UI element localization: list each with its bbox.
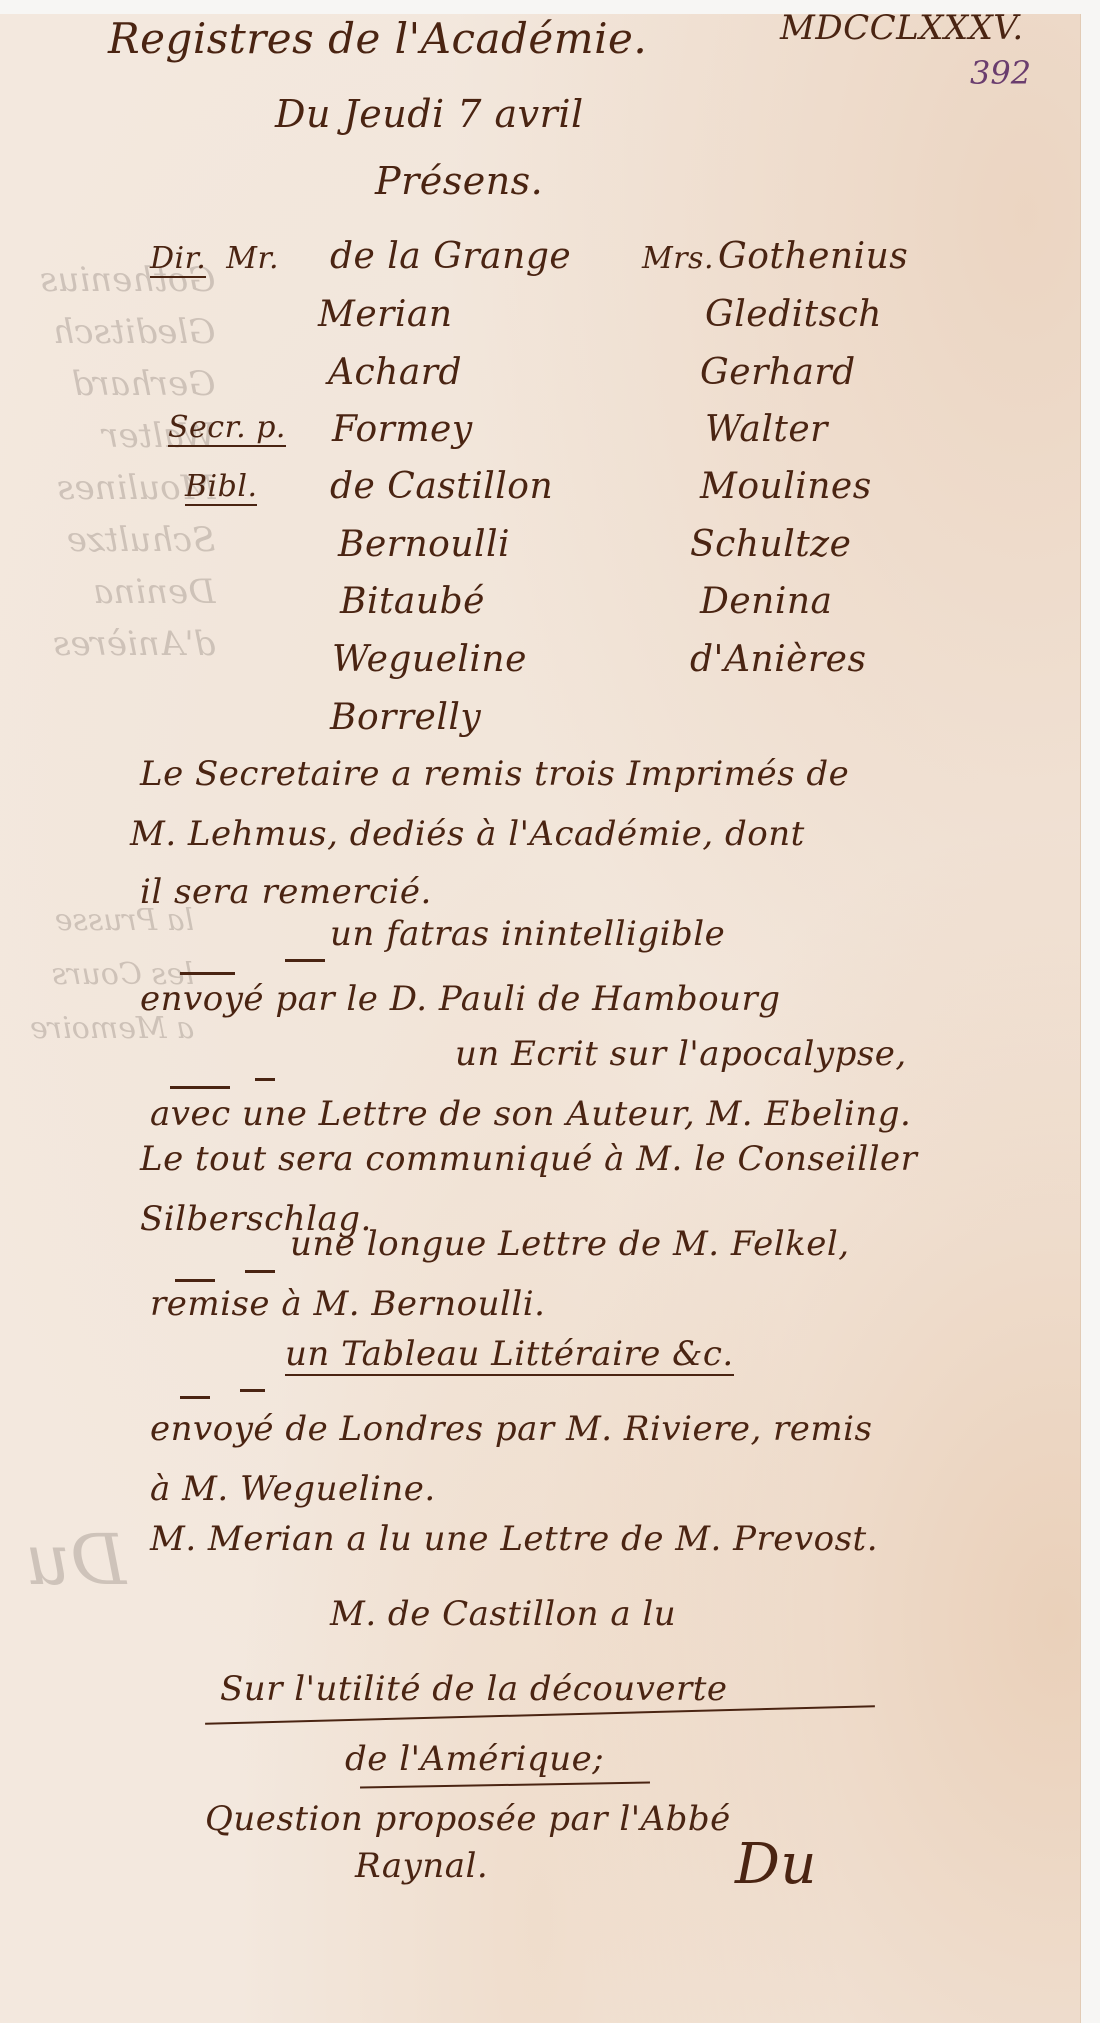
minute-line: envoyé par le D. Pauli de Hambourg (140, 979, 780, 1019)
reading-intro: M. de Castillon a lu (330, 1594, 676, 1634)
attendee: de la Grange (330, 236, 571, 277)
attendee: Moulines (700, 466, 872, 507)
present-label: Présens. (375, 159, 543, 203)
attendee: Gleditsch (705, 294, 882, 335)
reading-title-line: de l'Amérique; (345, 1739, 604, 1779)
attendee: Bitaubé (340, 581, 485, 622)
role-secretary: Secr. p. (168, 410, 286, 445)
minute-line: une longue Lettre de M. Felkel, (290, 1224, 850, 1264)
ditto-dash (285, 959, 325, 962)
minute-line: remise à M. Bernoulli. (150, 1284, 545, 1324)
reading-note-line: Raynal. (355, 1846, 488, 1886)
role-director: Dir. Mr. (150, 241, 279, 276)
ditto-dash (170, 1086, 230, 1089)
attendee: d'Anières (690, 639, 866, 680)
role-librarian: Bibl. (185, 469, 257, 504)
minute-line: Le Secretaire a remis trois Imprimés de (140, 754, 849, 794)
bleed-through-text: la Prusseles Coursa Memoire (30, 894, 194, 1056)
minute-line: M. Merian a lu une Lettre de M. Prevost. (150, 1519, 878, 1559)
attendee: Wegueline (332, 639, 527, 680)
minute-line: Le tout sera communiqué à M. le Conseill… (140, 1139, 917, 1179)
reading-title-line: Sur l'utilité de la découverte (220, 1669, 728, 1709)
minute-line: un Ecrit sur l'apocalypse, (455, 1034, 907, 1074)
bleed-through-text: GotheniusGleditschGerhardWalterMoulinesS… (40, 254, 215, 670)
attendee: Borrelly (330, 697, 481, 738)
ditto-dash (180, 1396, 210, 1399)
manuscript-page: GotheniusGleditschGerhardWalterMoulinesS… (0, 14, 1081, 2023)
attendee: Denina (700, 581, 833, 622)
role-label: Secr. p. (168, 410, 286, 447)
register-year: MDCCLXXXV. (780, 8, 1024, 48)
register-title: Registres de l'Académie. (108, 14, 647, 63)
role-prefix: Mr. (226, 241, 279, 276)
ditto-dash (255, 1078, 275, 1081)
attendee: Formey (332, 409, 473, 450)
minute-line: un Tableau Littéraire &c. (285, 1334, 734, 1374)
catchword: Du (735, 1832, 817, 1897)
attendee: Gothenius (718, 236, 908, 277)
bleed-through-flourish: Du (25, 1519, 126, 1601)
minute-line: à M. Wegueline. (150, 1469, 436, 1509)
attendee: Achard (328, 352, 462, 393)
folio-number: 392 (970, 54, 1031, 92)
ditto-dash (175, 1279, 215, 1282)
minute-line: un fatras inintelligible (330, 914, 725, 954)
role-label: Dir. (150, 241, 206, 278)
attendee: Merian (318, 294, 453, 335)
ditto-dash (180, 972, 235, 975)
ditto-dash (245, 1270, 275, 1273)
minute-line: M. Lehmus, dediés à l'Académie, dont (130, 814, 805, 854)
minute-line: il sera remercié. (140, 872, 432, 912)
attendee: Gerhard (700, 352, 856, 393)
minute-line-text: un Tableau Littéraire &c. (285, 1334, 734, 1376)
minute-line: avec une Lettre de son Auteur, M. Ebelin… (150, 1094, 911, 1134)
reading-note-line: Question proposée par l'Abbé (205, 1799, 731, 1839)
attendee: Walter (705, 409, 828, 450)
attendee: de Castillon (330, 466, 553, 507)
meeting-date: Du Jeudi 7 avril (275, 92, 584, 136)
role-label: Bibl. (185, 469, 257, 506)
minute-line: envoyé de Londres par M. Riviere, remis (150, 1409, 873, 1449)
attendee: Schultze (690, 524, 851, 565)
ditto-dash (240, 1389, 265, 1392)
right-column-prefix: Mrs. (642, 241, 714, 276)
attendee: Bernoulli (338, 524, 510, 565)
title-underline (360, 1781, 650, 1788)
